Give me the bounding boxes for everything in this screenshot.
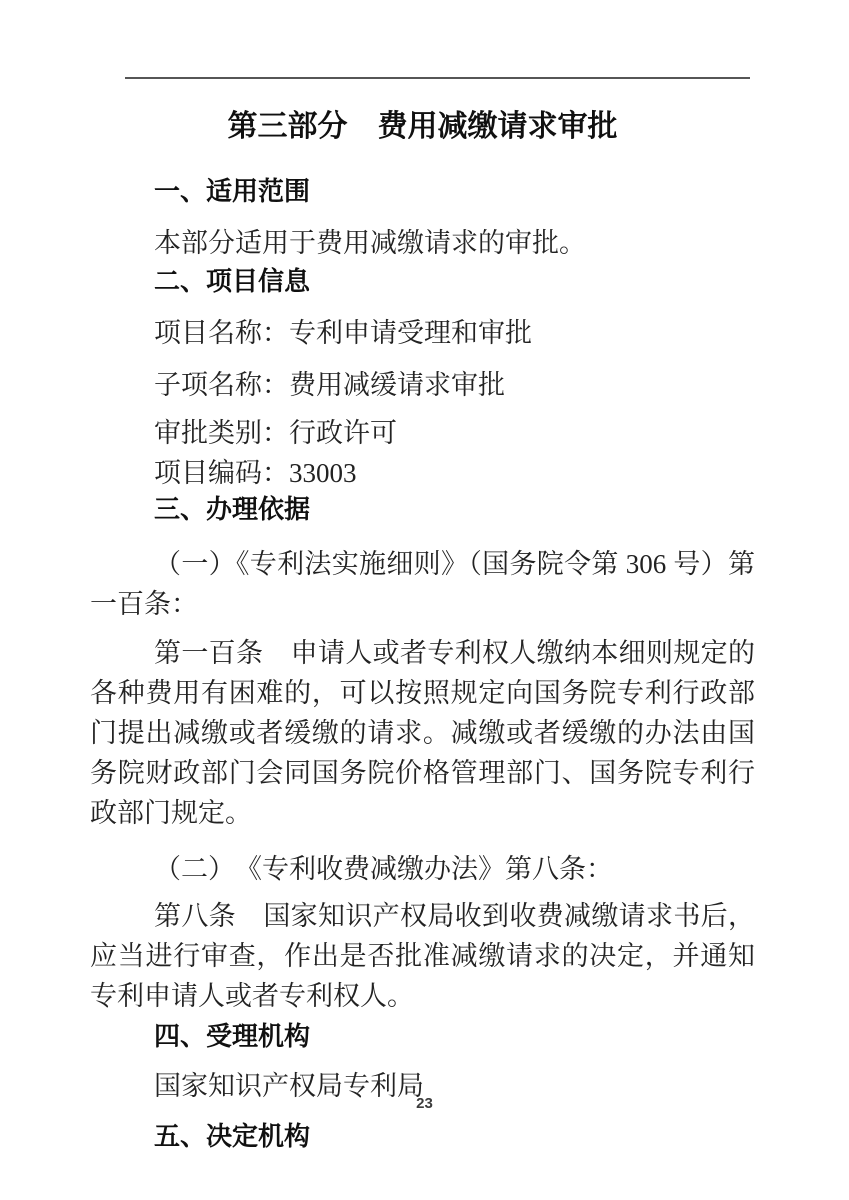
document-content: 第三部分 费用减缴请求审批 一、适用范围 本部分适用于费用减缴请求的审批。 二、… xyxy=(0,0,849,1150)
paragraph-project-name: 项目名称：专利申请受理和审批 xyxy=(90,313,755,353)
paragraph-basis-1-title: （一）《专利法实施细则》（国务院令第 306 号）第一百条： xyxy=(90,544,755,624)
paragraph: 本部分适用于费用减缴请求的审批。 xyxy=(90,223,755,263)
paragraph-basis-2-title: （二） 《专利收费减缴办法》第八条： xyxy=(90,849,755,889)
section-heading-scope: 一、适用范围 xyxy=(90,177,755,205)
header-divider-line xyxy=(125,77,750,79)
section-heading-project-info: 二、项目信息 xyxy=(90,267,755,295)
section-heading-accepting-body: 四、受理机构 xyxy=(90,1022,755,1050)
page-number: 23 xyxy=(0,1096,849,1112)
document-page: 第三部分 费用减缴请求审批 一、适用范围 本部分适用于费用减缴请求的审批。 二、… xyxy=(0,0,849,1200)
paragraph-subitem-name: 子项名称：费用减缓请求审批 xyxy=(90,365,755,405)
paragraph-approval-category: 审批类别：行政许可 xyxy=(90,413,755,453)
section-heading-deciding-body: 五、决定机构 xyxy=(90,1122,755,1150)
document-title: 第三部分 费用减缴请求审批 xyxy=(90,111,755,143)
paragraph-project-code: 项目编码：33003 xyxy=(90,453,755,493)
section-heading-legal-basis: 三、办理依据 xyxy=(90,495,755,523)
paragraph-basis-1-text: 第一百条 申请人或者专利权人缴纳本细则规定的各种费用有困难的，可以按照规定向国务… xyxy=(90,633,755,833)
paragraph-basis-2-text: 第八条 国家知识产权局收到收费减缴请求书后，应当进行审查，作出是否批准减缴请求的… xyxy=(90,896,755,1016)
